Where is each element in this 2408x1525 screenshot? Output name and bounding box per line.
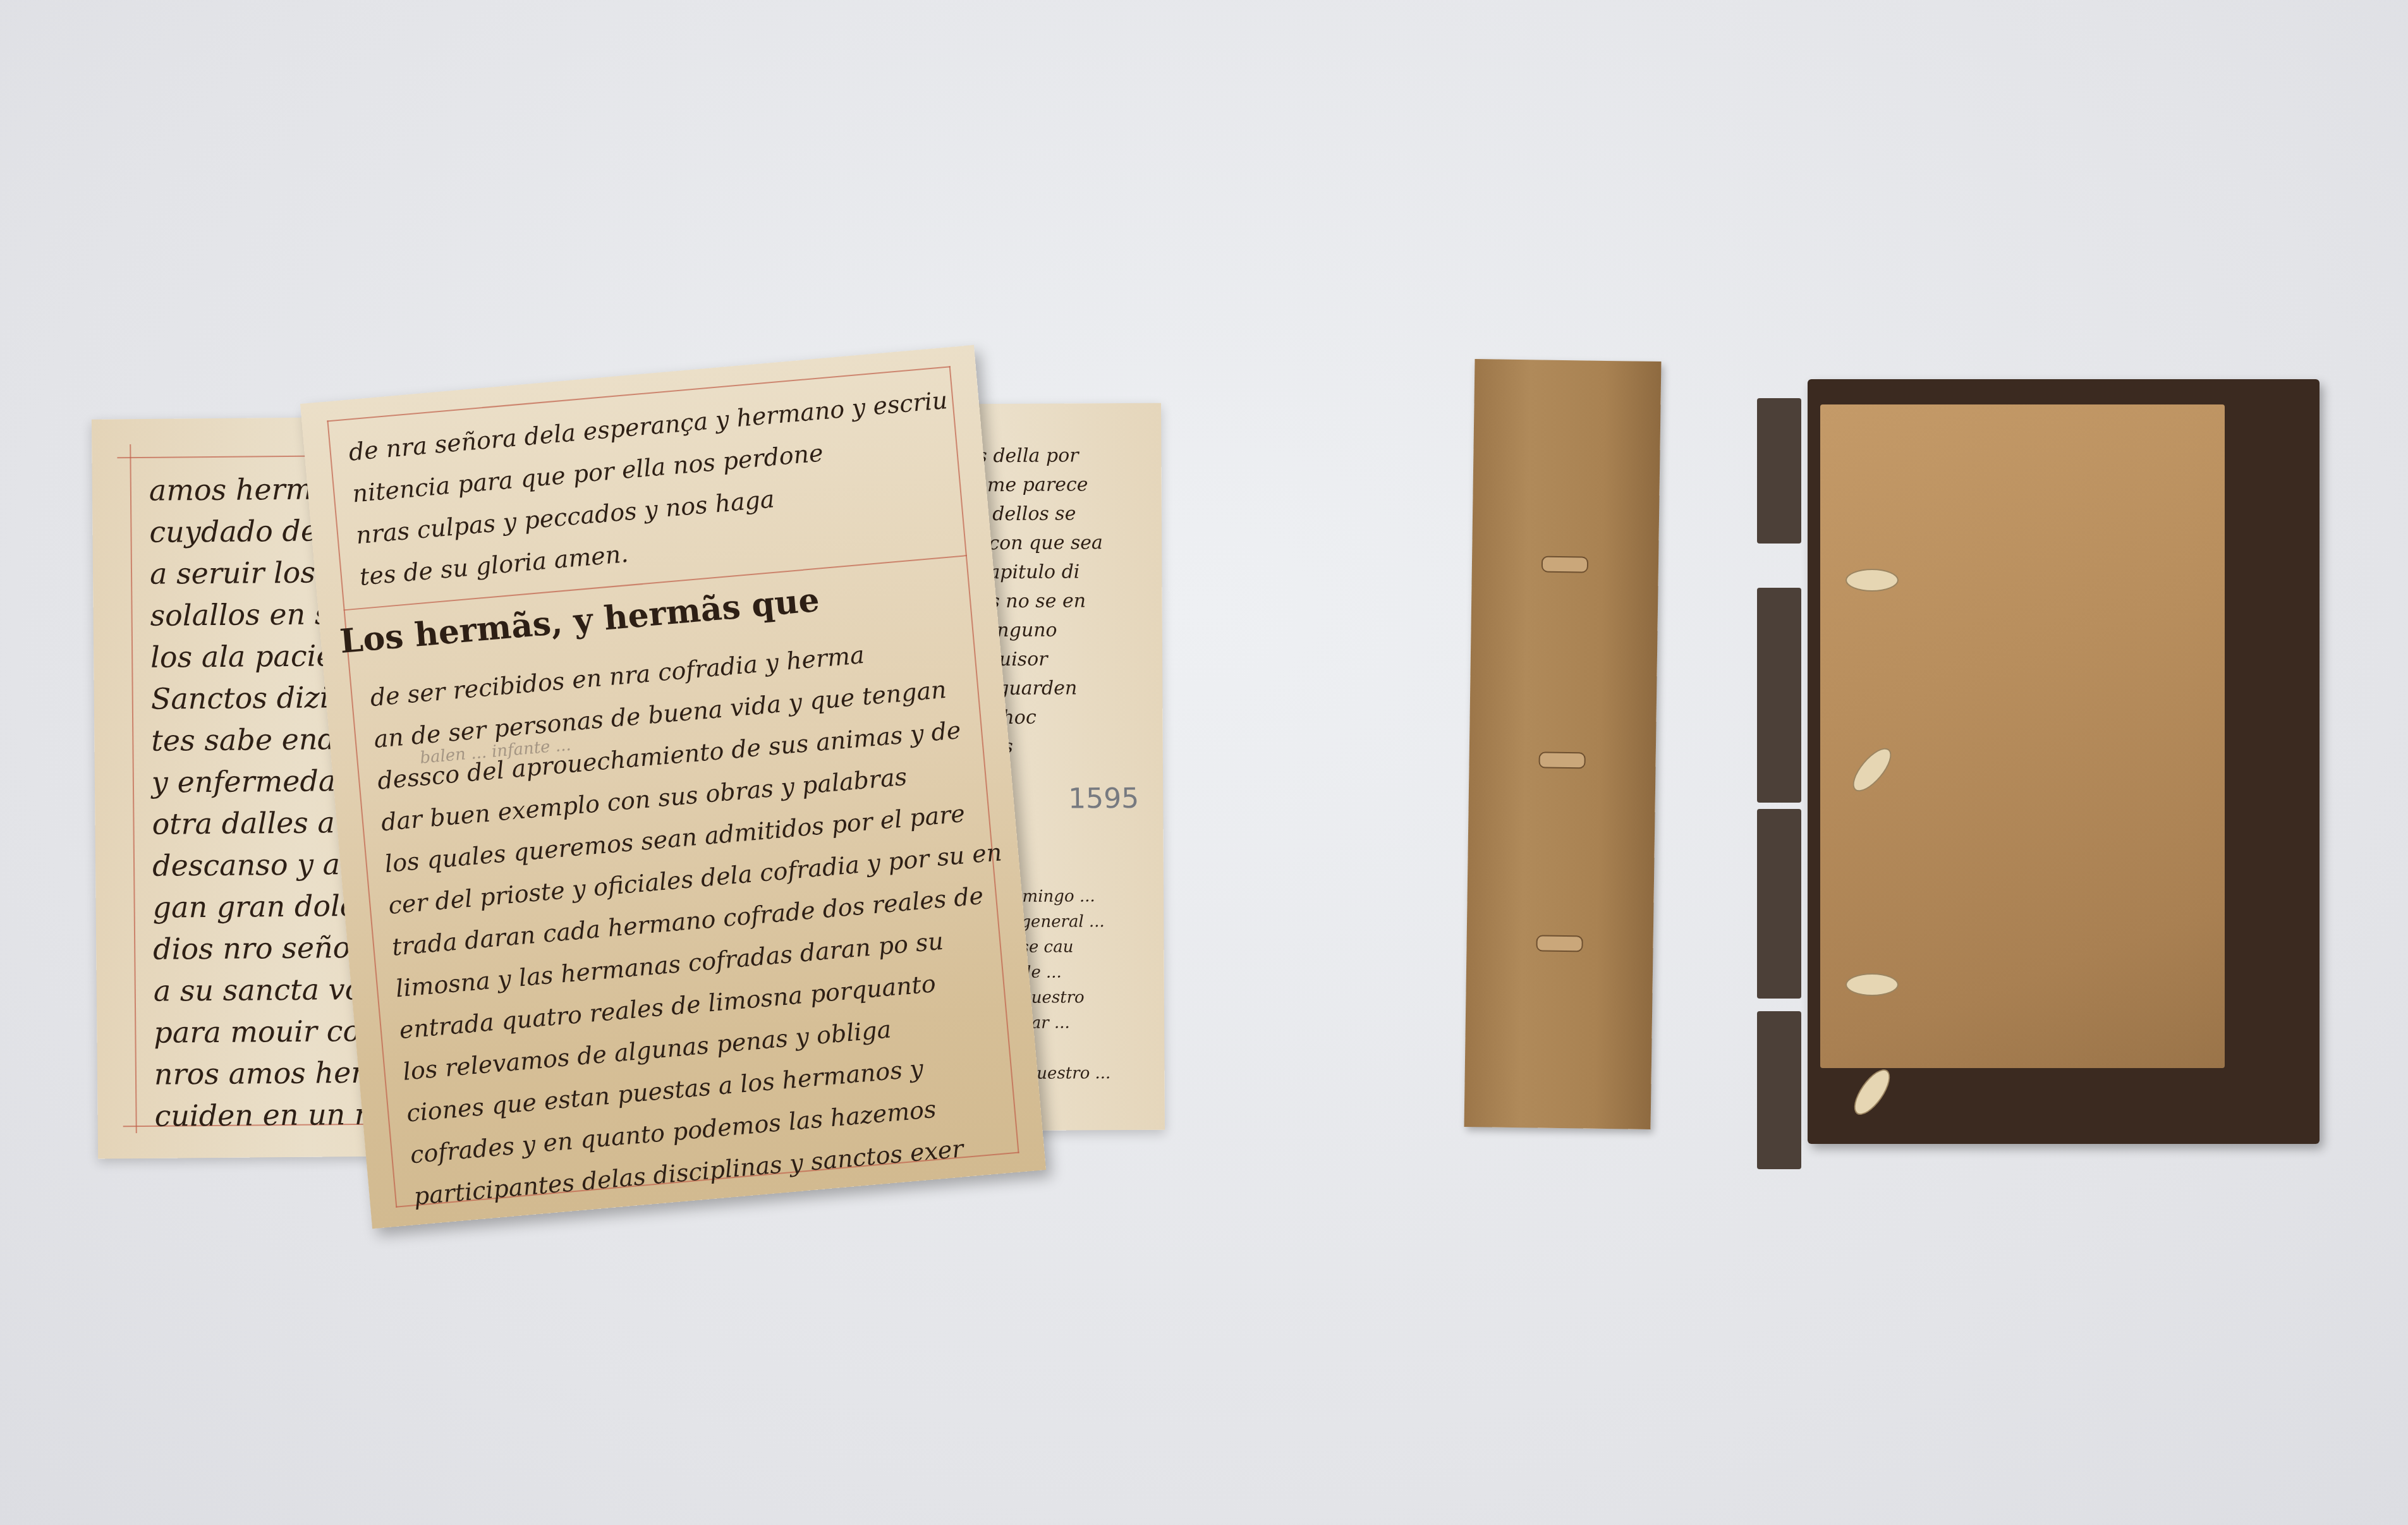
lacing-slot xyxy=(1536,935,1583,952)
parchment-tie xyxy=(1847,1064,1897,1120)
cover-wood-surface xyxy=(1820,404,2225,1068)
leather-spine-remnant xyxy=(1757,398,1801,544)
parchment-tie xyxy=(1846,973,1899,996)
manuscript-booklet: de nra señora dela esperança y hermano y… xyxy=(300,345,1046,1229)
leather-spine-remnant xyxy=(1757,1011,1801,1169)
parchment-tie xyxy=(1846,742,1898,797)
red-margin-rule xyxy=(130,444,137,1133)
leather-spine-remnant xyxy=(1757,588,1801,803)
wooden-spine-board xyxy=(1464,359,1662,1129)
pencil-year-annotation: 1595 xyxy=(1068,782,1139,815)
lacing-slot xyxy=(1538,751,1585,769)
lacing-slot xyxy=(1541,556,1588,573)
parchment-tie xyxy=(1846,569,1899,592)
wooden-cover-board xyxy=(1808,379,2320,1144)
leather-spine-remnant xyxy=(1757,809,1801,999)
booklet-body-text: de ser recibidos en nra cofradia y herma… xyxy=(368,623,1029,1217)
